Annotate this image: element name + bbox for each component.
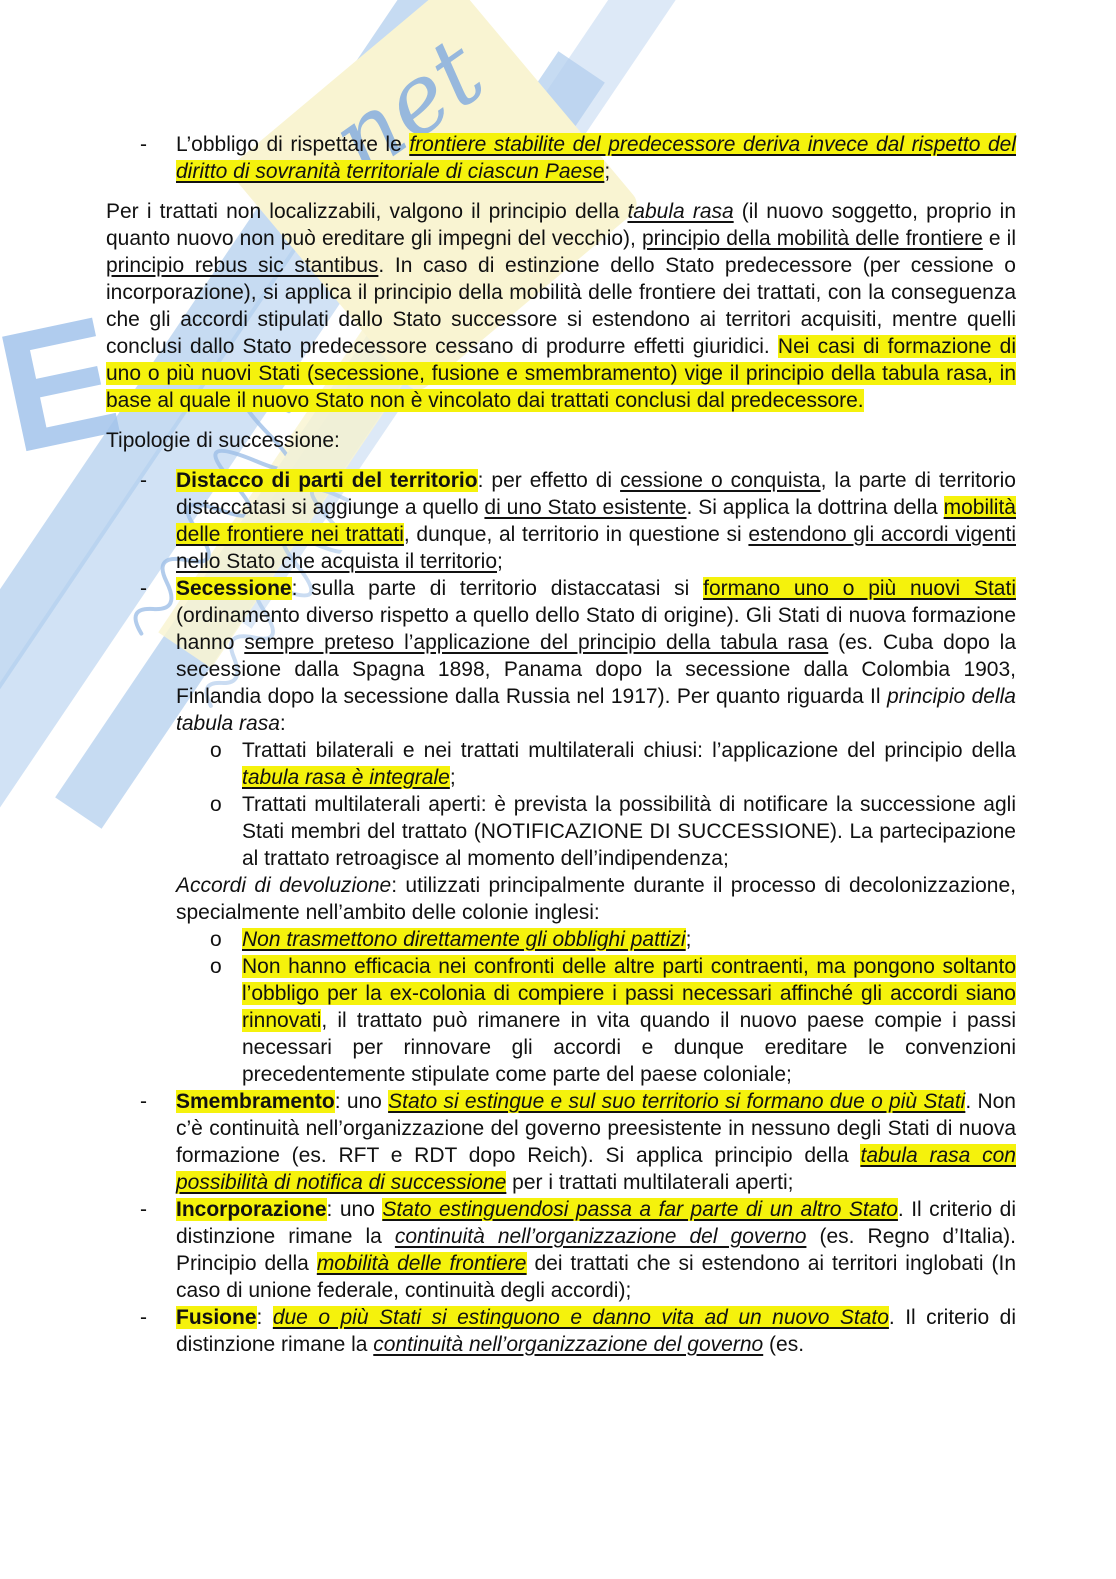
text-run: tabula rasa	[627, 200, 733, 223]
text-run: di uno Stato esistente	[484, 496, 686, 519]
text-run: Non trasmettono direttamente gli obbligh…	[242, 928, 686, 951]
list-item: oNon hanno efficacia nei confronti delle…	[106, 953, 1016, 1088]
bullet-marker: o	[210, 953, 222, 980]
paragraph: Tipologie di successione:	[106, 427, 1016, 454]
text-run: ;	[497, 550, 503, 573]
list-item: -Fusione: due o più Stati si estinguono …	[106, 1304, 1016, 1358]
text-run: Stato si estingue e sul suo territorio s…	[388, 1090, 965, 1113]
bullet-marker: o	[210, 791, 222, 818]
text-run: Per i trattati non localizzabili, valgon…	[106, 200, 627, 223]
text-run: . Si applica la dottrina della	[687, 496, 944, 519]
text-run: :	[280, 712, 286, 735]
text-run: tabula rasa è integrale	[242, 766, 450, 789]
list-item: oTrattati bilaterali e nei trattati mult…	[106, 737, 1016, 791]
text-run: Fusione	[176, 1306, 257, 1329]
list-item: -Secessione: sulla parte di territorio d…	[106, 575, 1016, 737]
text-run: Accordi di devoluzione	[176, 874, 391, 897]
text-run: mobilità delle frontiere	[317, 1252, 527, 1275]
bullet-marker: -	[140, 131, 147, 158]
bullet-marker: -	[140, 1196, 147, 1223]
text-run: Trattati multilaterali aperti: è previst…	[242, 793, 1016, 870]
paragraph: Per i trattati non localizzabili, valgon…	[106, 198, 1016, 414]
text-run: : uno	[327, 1198, 383, 1221]
text-run: ;	[686, 928, 692, 951]
document-page: net E -L’obbligo di rispettare le fronti…	[0, 0, 1116, 1579]
text-run: : sulla parte di territorio distaccatasi…	[292, 577, 704, 600]
text-run: , il trattato può rimanere in vita quand…	[242, 1009, 1016, 1086]
text-run: formano uno o più nuovi Stati	[703, 577, 1016, 600]
text-run: Tipologie di successione:	[106, 429, 340, 452]
text-run: ;	[604, 160, 610, 183]
text-run: (es.	[763, 1333, 804, 1356]
bullet-marker: o	[210, 926, 222, 953]
text-run: Trattati bilaterali e nei trattati multi…	[242, 739, 1016, 762]
text-run: Secessione	[176, 577, 292, 600]
text-run: Stato estinguendosi passa a far parte di…	[382, 1198, 898, 1221]
text-run: , dunque, al territorio in questione si	[404, 523, 749, 546]
text-run: continuità nell’organizzazione del gover…	[373, 1333, 763, 1356]
text-run: e il	[983, 227, 1016, 250]
text-run: principio della mobilità delle frontiere	[642, 227, 983, 250]
text-run: : uno	[335, 1090, 388, 1113]
text-run: per i trattati multilaterali aperti;	[506, 1171, 793, 1194]
list-item: -Distacco di parti del territorio: per e…	[106, 467, 1016, 575]
text-run: L’obbligo di rispettare le	[176, 133, 409, 156]
bullet-marker: -	[140, 1304, 147, 1331]
bullet-marker: o	[210, 737, 222, 764]
text-run: principio rebus sic stantibus	[106, 254, 378, 277]
text-run: : per effetto di	[478, 469, 621, 492]
bullet-marker: -	[140, 575, 147, 602]
text-run: cessione o conquista	[620, 469, 820, 492]
text-run: :	[257, 1306, 273, 1329]
document-content: -L’obbligo di rispettare le frontiere st…	[106, 131, 1016, 1358]
text-run: Smembramento	[176, 1090, 335, 1113]
paragraph: Accordi di devoluzione: utilizzati princ…	[106, 872, 1016, 926]
list-item: -Incorporazione: uno Stato estinguendosi…	[106, 1196, 1016, 1304]
text-run: due o più Stati si estinguono e danno vi…	[273, 1306, 889, 1329]
list-item: oNon trasmettono direttamente gli obblig…	[106, 926, 1016, 953]
bullet-marker: -	[140, 467, 147, 494]
text-run: Distacco di parti del territorio	[176, 469, 478, 492]
text-run: ;	[450, 766, 456, 789]
list-item: oTrattati multilaterali aperti: è previs…	[106, 791, 1016, 872]
text-run: continuità nell’organizzazione del gover…	[395, 1225, 807, 1248]
bullet-marker: -	[140, 1088, 147, 1115]
list-item: -Smembramento: uno Stato si estingue e s…	[106, 1088, 1016, 1196]
list-item: -L’obbligo di rispettare le frontiere st…	[106, 131, 1016, 185]
text-run: Incorporazione	[176, 1198, 327, 1221]
text-run: sempre preteso l’applicazione del princi…	[244, 631, 828, 654]
